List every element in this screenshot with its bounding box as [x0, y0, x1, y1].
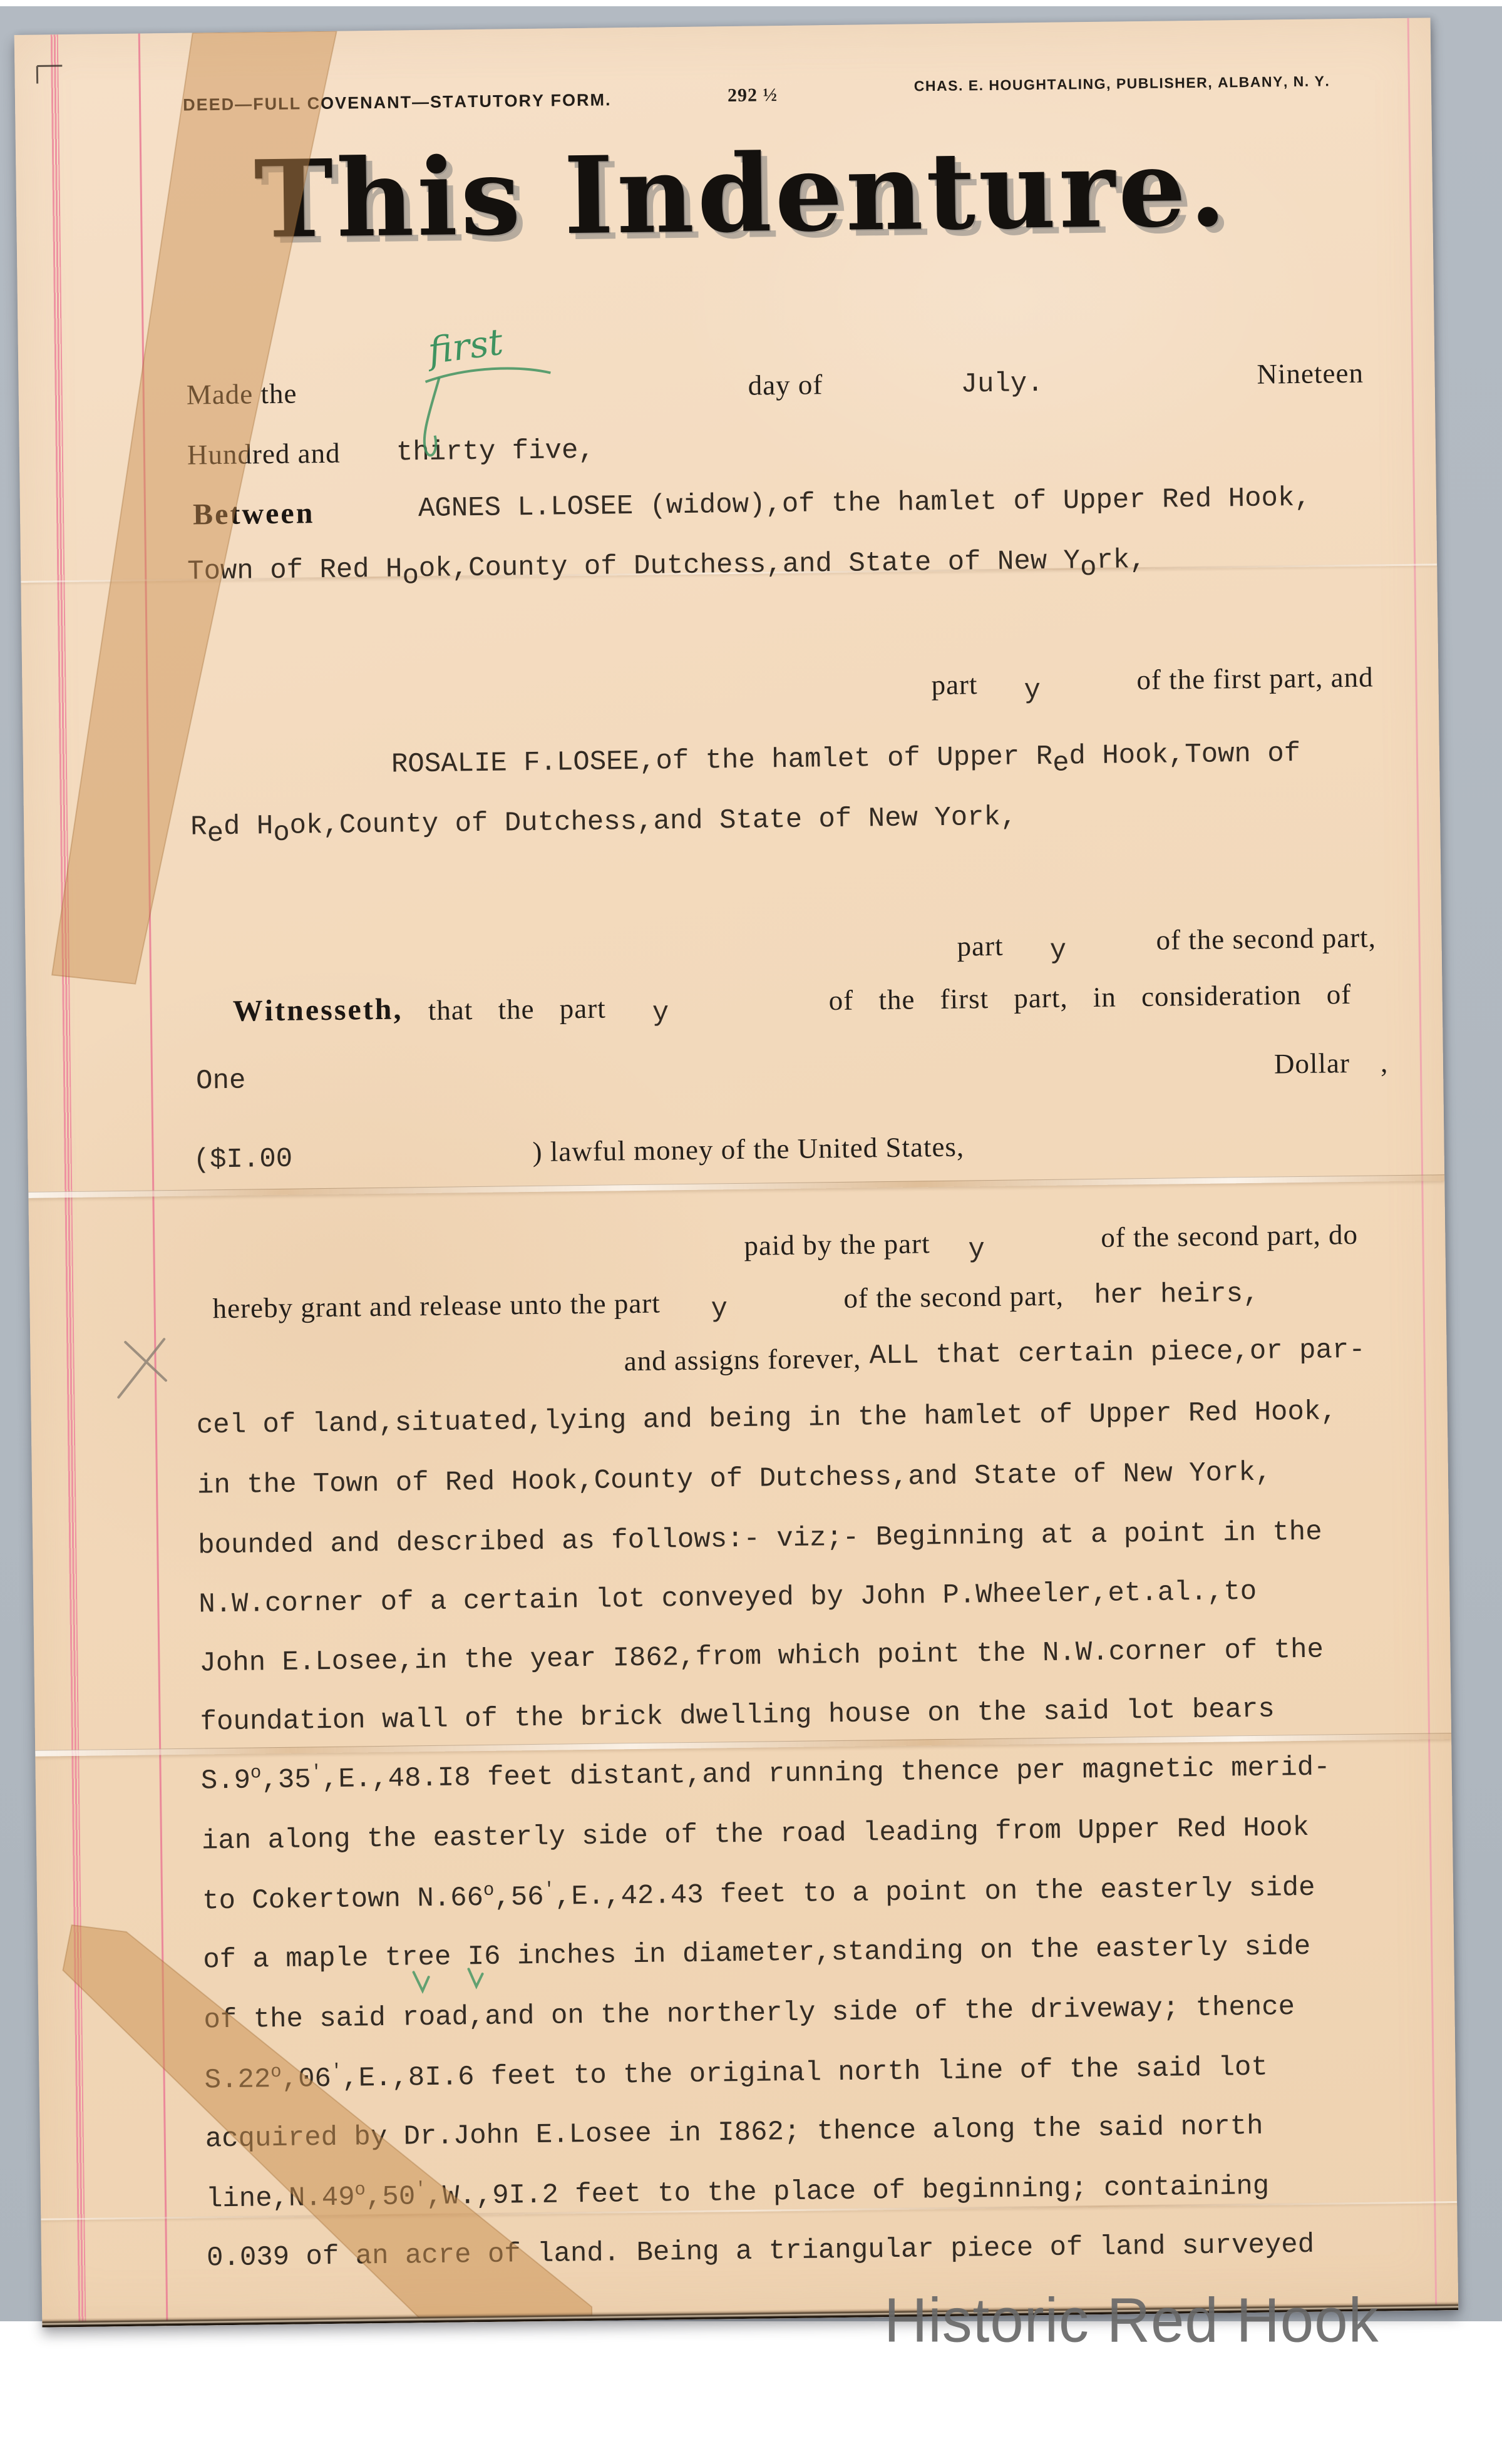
typed-y-paid: y: [968, 1234, 985, 1265]
margin-rule-right: [1407, 18, 1438, 2311]
typed-desc-5: N.W.corner of a certain lot conveyed by …: [198, 1576, 1257, 1621]
paper: DEED—FULL COVENANT—STATUTORY FORM.292 ½C…: [14, 18, 1459, 2327]
typed-grantee-1: ROSALIE F.LOSEE,of the hamlet of Upper R…: [391, 738, 1301, 781]
label-between: Between: [193, 496, 315, 531]
typed-y-witnesseth: y: [652, 997, 669, 1029]
document-title: This Indenture.: [254, 125, 1230, 262]
typed-desc-10: to Cokertown N.66o,56',E.,42.43 feet to …: [202, 1872, 1315, 1917]
typed-desc-12: of the said road,and on the northerly si…: [203, 1991, 1295, 2036]
scanned-deed-page: { "watermark": { "text": "Historic Red H…: [0, 0, 1502, 2464]
typed-desc-3: in the Town of Red Hook,County of Dutche…: [197, 1457, 1272, 1502]
margin-rule-left-double: [51, 34, 86, 2327]
label-lawful-money: ) lawful money of the United States,: [532, 1131, 964, 1168]
typed-grantor-1: AGNES L.LOSEE (widow),of the hamlet of U…: [418, 483, 1311, 525]
archive-watermark: Historic Red Hook: [884, 2285, 1379, 2356]
label-party-first: part: [931, 668, 978, 701]
typed-desc-11: of a maple tree I6 inches in diameter,st…: [203, 1931, 1311, 1976]
typed-month: July.: [960, 368, 1044, 401]
typed-y-second: y: [1049, 935, 1066, 967]
typed-desc-2: cel of land,situated,lying and being in …: [197, 1396, 1337, 1441]
header-form-number: 292 ½: [728, 85, 778, 106]
label-that-the-part: that the part: [428, 992, 606, 1027]
label-hereby-grant: hereby grant and release unto the part: [212, 1286, 661, 1325]
typed-desc-15: line,N.49o,50',W.,9I.2 feet to the place…: [206, 2171, 1270, 2215]
pencil-x-mark: [118, 1339, 166, 1397]
typed-desc-13: S.22o,06',E.,8I.6 feet to the original n…: [204, 2052, 1268, 2097]
margin-rule-left-single: [138, 33, 168, 2326]
typed-y-hereby: y: [711, 1293, 728, 1325]
header-form-type: DEED—FULL COVENANT—STATUTORY FORM.: [183, 90, 612, 115]
typed-desc-9: ian along the easterly side of the road …: [202, 1812, 1310, 1857]
green-check-icon: [414, 1972, 429, 1991]
header-publisher: CHAS. E. HOUGHTALING, PUBLISHER, ALBANY,…: [914, 73, 1330, 95]
typed-her-heirs: her heirs,: [1094, 1278, 1260, 1312]
handwritten-day: first: [426, 320, 506, 372]
label-of-first-part-and: of the first part, and: [1136, 661, 1374, 697]
label-of-second-part-2: of the second part,: [843, 1280, 1064, 1315]
typed-grantee-2: Red Hook,County of Dutchess,and State of…: [190, 801, 1017, 843]
typed-desc-8: S.9o,35',E.,48.I8 feet distant,and runni…: [201, 1752, 1330, 1797]
typed-desc-16: 0.039 of an acre of land. Being a triang…: [207, 2229, 1315, 2274]
typed-desc-6: John E.Losee,in the year I862,from which…: [199, 1635, 1324, 1680]
label-dollar-comma: ,: [1381, 1046, 1389, 1079]
label-made-the: Made the: [186, 377, 297, 411]
label-consideration: of the first part, in consideration of: [828, 978, 1351, 1017]
typed-desc-1: ALL that certain piece,or par-: [869, 1335, 1366, 1372]
label-nineteen: Nineteen: [1257, 357, 1364, 391]
label-of-second-part-do: of the second part, do: [1101, 1218, 1358, 1254]
typed-amount-words: One: [196, 1065, 246, 1097]
typed-y-first: y: [1024, 675, 1041, 706]
typed-grantor-2: Town of Red Hook,County of Dutchess,and …: [187, 545, 1146, 588]
label-paid-by-part: paid by the part: [744, 1227, 930, 1262]
typed-desc-14: acquired by Dr.John E.Losee in I862; the…: [205, 2111, 1263, 2155]
label-of-second-part: of the second part,: [1156, 921, 1376, 956]
label-witnesseth: Witnesseth,: [232, 992, 403, 1028]
label-dollar: Dollar: [1274, 1047, 1350, 1080]
typed-year: thirty five,: [396, 435, 595, 469]
label-and-assigns: and assigns forever,: [624, 1342, 861, 1378]
typed-desc-4: bounded and described as follows:- viz;-…: [198, 1517, 1322, 1562]
label-party-second: part: [957, 930, 1004, 963]
fold-crease: [28, 1174, 1444, 1198]
label-day-of: day of: [748, 368, 823, 401]
typed-amount-figures: ($I.00: [193, 1144, 292, 1176]
typed-desc-7: foundation wall of the brick dwelling ho…: [200, 1694, 1275, 1738]
label-hundred-and: Hundred and: [187, 437, 341, 471]
